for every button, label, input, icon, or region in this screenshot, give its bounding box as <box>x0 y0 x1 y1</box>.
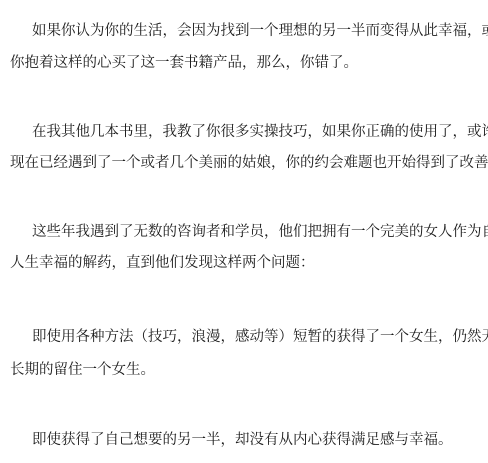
paragraph-line: 人生幸福的解药，直到他们发现这样两个问题： <box>10 254 315 272</box>
paragraph-line: 如果你认为你的生活，会因为找到一个理想的另一半而变得从此幸福，或者 <box>32 22 488 40</box>
paragraph-line: 长期的留住一个女生。 <box>10 361 155 379</box>
paragraph-line: 即使用各种方法（技巧，浪漫，感动等）短暂的获得了一个女生，仍然无法 <box>32 328 488 346</box>
paragraph-line: 即使获得了自己想要的另一半，却没有从内心获得满足感与幸福。 <box>32 431 453 449</box>
paragraph-line: 你抱着这样的心买了这一套书籍产品，那么，你错了。 <box>10 54 358 72</box>
paragraph-line: 在我其他几本书里，我教了你很多实操技巧，如果你正确的使用了，或许你 <box>32 123 488 141</box>
paragraph-line: 现在已经遇到了一个或者几个美丽的姑娘，你的约会难题也开始得到了改善。 <box>10 154 488 172</box>
paragraph-line: 这些年我遇到了无数的咨询者和学员，他们把拥有一个完美的女人作为自己 <box>32 223 488 241</box>
